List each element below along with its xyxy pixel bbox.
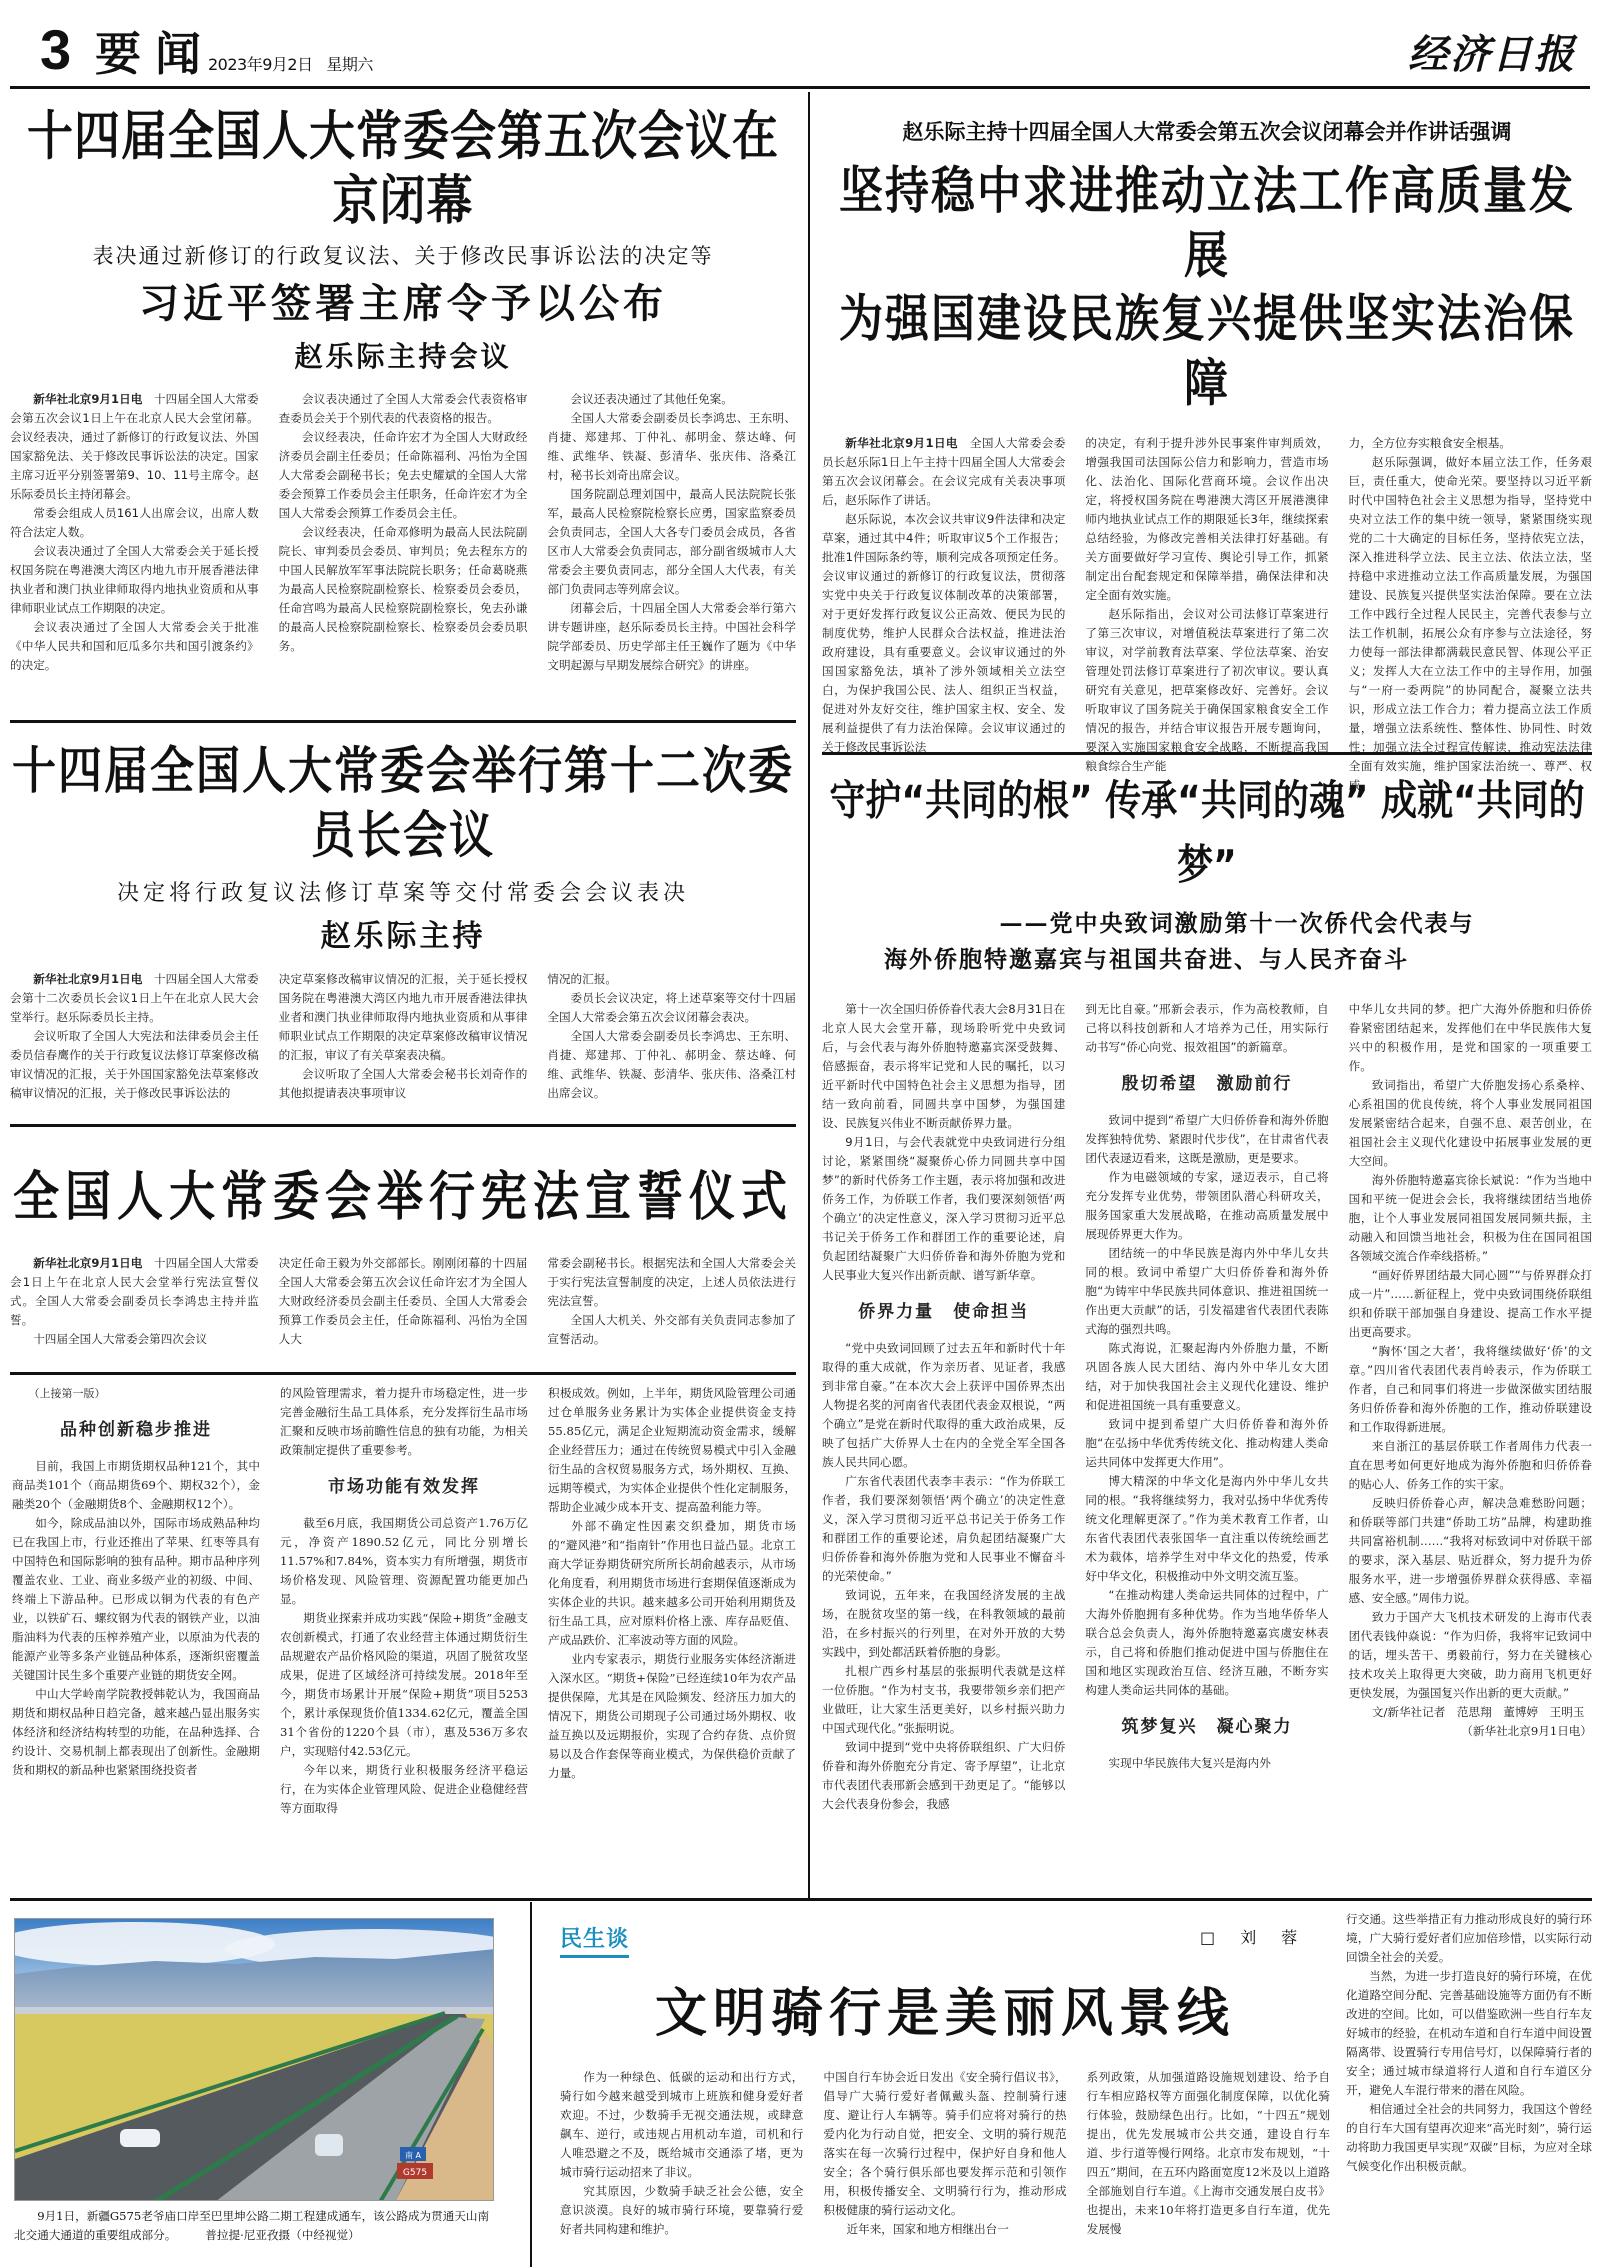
paragraph: 反映归侨侨眷心声，解决急难愁盼问题；和侨联等部门共建“侨助工坊”品牌，构建助推共… bbox=[1349, 1494, 1592, 1608]
page-number: 3 bbox=[40, 20, 71, 80]
column-2: 的决定，有利于提升涉外民事案件审判质效，增强我国司法国际公信力和影响力，营造市场… bbox=[1085, 434, 1328, 814]
deck-line-2: 海外侨胞特邀嘉宾与祖国共奋进、与人民齐奋斗 bbox=[822, 946, 1592, 974]
masthead: 3 要闻 2023年9月2日 星期六 经济日报 bbox=[0, 0, 1600, 80]
column-2: 中国自行车协会近日发出《安全骑行倡议书》，倡导广大骑行爱好者佩戴头盔、控制骑行速… bbox=[823, 2068, 1066, 2263]
section-name: 要闻 bbox=[95, 26, 215, 82]
column-1: 新华社北京9月1日电 十四届全国人大常委会第十二次委员长会议1日上午在北京人民大… bbox=[10, 970, 259, 1170]
paragraph: 近年来，国家和地方相继出台一 bbox=[823, 2220, 1066, 2239]
paragraph: 业内专家表示，期货行业服务实体经济渐进入深水区。“期货+保险”已经连续10年为农… bbox=[548, 1650, 796, 1783]
article-npc-session-closes: 十四届全国人大常委会第五次会议在京闭幕 表决通过新修订的行政复议法、关于修改民事… bbox=[10, 112, 796, 730]
article-body: 第十一次全国归侨侨眷代表大会8月31日在北京人民大会堂开幕，现场聆听党中央致词后… bbox=[822, 1000, 1592, 1950]
paragraph: 外部不确定性因素交织叠加，期货市场的“避风港”和“指南针”作用也日益凸显。北京工… bbox=[548, 1517, 796, 1650]
paragraph: 究其原因，少数骑手缺乏社会公德，安全意识淡漠。良好的城市骑行环境，要靠骑行爱好者… bbox=[560, 2182, 803, 2239]
news-photo-highway: 南 A G575 bbox=[14, 1918, 494, 2201]
paragraph: 作为电磁领域的专家，逯迈表示，自己将充分发挥专业优势，带领团队潜心科研攻关，服务… bbox=[1085, 1168, 1328, 1244]
paragraph: 委员长会议决定，将上述草案等交付十四届全国人大常委会第五次会议闭幕会表决。 bbox=[547, 989, 796, 1027]
column-2: 决定任命王毅为外交部部长。刚刚闭幕的十四届全国人大常委会第五次会议任命许宏才为全… bbox=[279, 1254, 528, 1364]
paragraph: 致词指出，希望广大侨胞发扬心系桑梓、心系祖国的优良传统，将个人事业发展同祖国发展… bbox=[1349, 1076, 1592, 1171]
column-1: 第十一次全国归侨侨眷代表大会8月31日在北京人民大会堂开幕，现场聆听党中央致词后… bbox=[822, 1000, 1065, 1950]
column-3: 会议还表决通过了其他任免案。 全国人大常委会副委员长李鸿忠、王东明、肖捷、郑建邦… bbox=[547, 390, 796, 730]
paragraph: 会议表决通过了全国人大常委会关于批准《中华人民共和国和厄瓜多尔共和国引渡条约》的… bbox=[10, 618, 259, 675]
section-rule bbox=[10, 1372, 796, 1375]
article-futures-continued: （上接第一版） 品种创新稳步推进 目前，我国上市期货期权品种121个，其中商品类… bbox=[12, 1384, 796, 1884]
paragraph: “在推动构建人类命运共同体的过程中，广大海外侨胞拥有多种优势。作为当地华侨华人联… bbox=[1085, 1586, 1328, 1700]
paragraph: 会议表决通过了全国人大常委会代表资格审查委员会关于个别代表的代表资格的报告。 bbox=[279, 390, 528, 428]
paragraph: 会议经表决，任命许宏才为全国人大财政经济委员会副主任委员；任命陈福利、冯怡为全国… bbox=[279, 428, 528, 523]
section-rule bbox=[10, 1898, 1592, 1901]
column-1: 新华社北京9月1日电 全国人大常委会委员长赵乐际1日上午主持十四届全国人大常委会… bbox=[822, 434, 1065, 814]
paragraph: 如今，除成品油以外，国际市场成熟品种均已在我国上市，行业还推出了苹果、红枣等具有… bbox=[12, 1514, 260, 1685]
paragraph: “党中央致词回顾了过去五年和新时代十年取得的重大成就，作为亲历者、见证者，我感到… bbox=[822, 1339, 1065, 1472]
paragraph: 的风险管理需求，着力提升市场稳定性，进一步完善金融衍生品工具体系，充分发挥衍生品… bbox=[280, 1384, 528, 1460]
headline: 十四届全国人大常委会第五次会议在京闭幕 bbox=[10, 104, 796, 233]
paragraph: 常委会副秘书长。根据宪法和全国人大常委会关于实行宪法宣誓制度的决定，上述人员依法… bbox=[547, 1254, 796, 1311]
headline: 全国人大常委会举行宪法宣誓仪式 bbox=[10, 1164, 796, 1228]
dateline: 新华社北京9月1日电 bbox=[33, 1256, 142, 1270]
paragraph: 致力于国产大飞机技术研发的上海市代表团代表钱仲焱说：“作为归侨，我将牢记致词中的… bbox=[1349, 1608, 1592, 1703]
paragraph: 全国人大常委会副委员长李鸿忠、王东明、肖捷、郑建邦、丁仲礼、郝明金、蔡达峰、何维… bbox=[547, 409, 796, 485]
column-tag: 民生谈 bbox=[560, 1922, 629, 1958]
paragraph: 来自浙江的基层侨联工作者周伟力代表一直在思考如何更好地成为海外侨胞和归侨侨眷的贴… bbox=[1349, 1437, 1592, 1494]
paragraph: 目前，我国上市期货期权品种121个，其中商品类101个（商品期货69个、期权32… bbox=[12, 1457, 260, 1514]
paragraph: 期货业探索并成功实践“保险+期货”金融支农创新模式，打通了农业经营主体通过期货衍… bbox=[280, 1609, 528, 1761]
article-body: 新华社北京9月1日电 十四届全国人大常委会第十二次委员长会议1日上午在北京人民大… bbox=[10, 970, 796, 1170]
continued-note: （上接第一版） bbox=[12, 1384, 260, 1403]
paragraph: 系列政策，从加强道路设施规划建设、给予自行车相应路权等方面强化制度保障，以优化骑… bbox=[1087, 2068, 1330, 2239]
deck-line-1: ——党中央致词激励第十一次侨代会代表与 bbox=[822, 910, 1592, 938]
subhead: 侨界力量 使命担当 bbox=[822, 1299, 1065, 1325]
weekday: 星期六 bbox=[326, 55, 373, 74]
column-divider bbox=[808, 92, 810, 1900]
article-body: 作为一种绿色、低碳的运动和出行方式，骑行如今越来越受到城市上班族和健身爱好者欢迎… bbox=[560, 2068, 1330, 2263]
column-3: 中华儿女共同的梦。把广大海外侨胞和归侨侨眷紧密团结起来，发挥他们在中华民族伟大复… bbox=[1349, 1000, 1592, 1950]
paragraph: 国务院副总理刘国中，最高人民法院院长张军，最高人民检察院检察长应勇，国家监察委员… bbox=[547, 485, 796, 599]
paragraph: 致词中提到希望广大归侨侨眷和海外侨胞“在弘扬中华优秀传统文化、推动构建人类命运共… bbox=[1085, 1415, 1328, 1472]
article-chairmans-meeting: 十四届全国人大常委会举行第十二次委员长会议 决定将行政复议法修订草案等交付常委会… bbox=[10, 748, 796, 1170]
column-1: 新华社北京9月1日电 十四届全国人大常委会1日上午在北京人民大会堂举行宪法宣誓仪… bbox=[10, 1254, 259, 1364]
paragraph: 行交通。这些举措正有力推动形成良好的骑行环境，广大骑行爱好者们应加倍珍惜，以实际… bbox=[1346, 1910, 1592, 1967]
paragraph: 中山大学岭南学院教授韩乾认为，我国商品期货和期权品种日趋完备，越来越凸显出服务实… bbox=[12, 1685, 260, 1780]
paragraph: 陈式海说，汇聚起海内外侨胞力量，不断巩固各族人民大团结、海内外中华儿女大团结，对… bbox=[1085, 1339, 1328, 1415]
paragraph: 赵乐际强调，做好本届立法工作，任务艰巨，责任重大，使命光荣。要坚持以习近平新时代… bbox=[1349, 453, 1592, 795]
paragraph: 会议听取了全国人大常委会秘书长刘奇作的其他拟提请表决事项审议 bbox=[279, 1065, 528, 1103]
column-3: 系列政策，从加强道路设施规划建设、给予自行车相应路权等方面强化制度保障，以优化骑… bbox=[1087, 2068, 1330, 2263]
paragraph: 相信通过全社会的共同努力，我国这个曾经的自行车大国有望再次迎来“高光时刻”，骑行… bbox=[1346, 2100, 1592, 2176]
paragraph: 赵乐际说，本次会议共审议9件法律和决定草案，通过其中4件；听取审议5个工作报告；… bbox=[822, 510, 1065, 757]
dateline: 新华社北京9月1日电 bbox=[33, 972, 142, 986]
kicker: 赵乐际主持十四届全国人大常委会第五次会议闭幕会并作讲话强调 bbox=[822, 118, 1592, 146]
column-3: 常委会副秘书长。根据宪法和全国人大常委会关于实行宪法宣誓制度的决定，上述人员依法… bbox=[547, 1254, 796, 1364]
article-body: （上接第一版） 品种创新稳步推进 目前，我国上市期货期权品种121个，其中商品类… bbox=[12, 1384, 796, 1884]
paragraph: 的决定，有利于提升涉外民事案件审判质效，增强我国司法国际公信力和影响力，营造市场… bbox=[1085, 434, 1328, 605]
paragraph: 作为一种绿色、低碳的运动和出行方式，骑行如今越来越受到城市上班族和健身爱好者欢迎… bbox=[560, 2068, 803, 2182]
column-1: 作为一种绿色、低碳的运动和出行方式，骑行如今越来越受到城市上班族和健身爱好者欢迎… bbox=[560, 2068, 803, 2263]
paragraph: 力，全方位夯实粮食安全根基。 bbox=[1349, 434, 1592, 453]
paragraph: 海外侨胞特邀嘉宾徐长斌说：“作为当地中国和平统一促进会会长，我将继续团结当地侨胞… bbox=[1349, 1171, 1592, 1266]
paragraph: 全国人大机关、外交部有关负责同志参加了宣誓活动。 bbox=[547, 1311, 796, 1349]
paragraph: 会议还表决通过了其他任免案。 bbox=[547, 390, 796, 409]
column-3: 力，全方位夯实粮食安全根基。 赵乐际强调，做好本届立法工作，任务艰巨，责任重大，… bbox=[1349, 434, 1592, 814]
paragraph: 决定任命王毅为外交部部长。刚刚闭幕的十四届全国人大常委会第五次会议任命许宏才为全… bbox=[279, 1254, 528, 1349]
paragraph: 实现中华民族伟大复兴是海内外 bbox=[1085, 1754, 1328, 1773]
masthead-rule bbox=[10, 86, 1590, 89]
paragraph: “画好侨界团结最大同心圆”“与侨界群众打成一片”……新征程上，党中央致词围绕侨联… bbox=[1349, 1266, 1592, 1342]
headline: 守护“共同的根” 传承“共同的魂” 成就“共同的梦” bbox=[822, 770, 1592, 899]
paragraph: 广东省代表团代表李丰表示：“作为侨联工作者，我们要深刻领悟‘两个确立’的决定性意… bbox=[822, 1472, 1065, 1586]
column-3: 情况的汇报。 委员长会议决定，将上述草案等交付十四届全国人大常委会第五次会议闭幕… bbox=[547, 970, 796, 1170]
subdeck: 赵乐际主持会议 bbox=[10, 338, 796, 376]
photo-caption: 9月1日，新疆G575老爷庙口岸至巴里坤公路二期工程建成通车，该公路成为贯通天山… bbox=[14, 2207, 494, 2245]
paragraph: 当然，为进一步打造良好的骑行环境，在优化道路空间分配、完善基础设施等方面仍有不断… bbox=[1346, 1967, 1592, 2100]
road-sign-route: G575 bbox=[403, 2168, 427, 2178]
paragraph: 中国自行车协会近日发出《安全骑行倡议书》，倡导广大骑行爱好者佩戴头盔、控制骑行速… bbox=[823, 2068, 1066, 2220]
newspaper-logo: 经济日报 bbox=[1408, 30, 1576, 80]
article-oath-ceremony: 全国人大常委会举行宪法宣誓仪式 新华社北京9月1日电 十四届全国人大常委会1日上… bbox=[10, 1168, 796, 1364]
headline-line-1: 坚持稳中求进推动立法工作高质量发展 bbox=[822, 160, 1592, 289]
section-rule bbox=[10, 1124, 796, 1127]
paragraph: 会议听取了全国人大宪法和法律委员会主任委员信春鹰作的关于行政复议法修订草案修改稿… bbox=[10, 1027, 259, 1103]
section-rule bbox=[822, 752, 1592, 755]
headline: 文明骑行是美丽风景线 bbox=[560, 1990, 1330, 2038]
reporter-credit: 文/新华社记者 范思翔 董博婷 王明玉 bbox=[1349, 1703, 1592, 1722]
paragraph: 十四届全国人大常委会第四次会议 bbox=[10, 1330, 259, 1349]
paragraph: 扎根广西乡村基层的张振明代表就是这样一位侨胞。“作为村支书，我要带领乡亲们把产业… bbox=[822, 1662, 1065, 1738]
subdeck: 赵乐际主持 bbox=[10, 918, 796, 956]
highway-photo-illustration: 南 A G575 bbox=[15, 1919, 494, 2201]
article-body: 新华社北京9月1日电 十四届全国人大常委会1日上午在北京人民大会堂举行宪法宣誓仪… bbox=[10, 1254, 796, 1364]
paragraph: 到无比自豪。”邢新会表示，作为高校教师，自己将以科技创新和人才培养为己任，用实际… bbox=[1085, 1000, 1328, 1057]
article-body: 新华社北京9月1日电 全国人大常委会委员长赵乐际1日上午主持十四届全国人大常委会… bbox=[822, 434, 1592, 814]
paragraph: 9月1日，与会代表就党中央致词进行分组讨论，紧紧围绕“凝聚侨心侨力同圆共享中国梦… bbox=[822, 1133, 1065, 1285]
column-1: 新华社北京9月1日电 十四届全国人大常委会第五次会议1日上午在北京人民大会堂闭幕… bbox=[10, 390, 259, 730]
issue-date: 2023年9月2日 星期六 bbox=[208, 55, 373, 75]
paragraph: 致词说，五年来，在我国经济发展的主战场，在脱贫攻坚的第一线，在科教领域的最前沿，… bbox=[822, 1586, 1065, 1662]
column-2: 的风险管理需求，着力提升市场稳定性，进一步完善金融衍生品工具体系，充分发挥衍生品… bbox=[280, 1384, 528, 1884]
paragraph: 常委会组成人员161人出席会议，出席人数符合法定人数。 bbox=[10, 504, 259, 542]
section-rule bbox=[10, 720, 796, 723]
column-1: （上接第一版） 品种创新稳步推进 目前，我国上市期货期权品种121个，其中商品类… bbox=[12, 1384, 260, 1884]
column-2: 到无比自豪。”邢新会表示，作为高校教师，自己将以科技创新和人才培养为己任，用实际… bbox=[1085, 1000, 1328, 1950]
paragraph: 赵乐际指出，会议对公司法修订草案进行了第三次审议，对增值税法草案进行了第二次审议… bbox=[1085, 605, 1328, 776]
paragraph: 截至6月底，我国期货公司总资产1.76万亿元，净资产1890.52亿元，同比分别… bbox=[280, 1514, 528, 1609]
subhead: 筑梦复兴 凝心聚力 bbox=[1085, 1714, 1328, 1740]
dateline-credit: （新华社北京9月1日电） bbox=[1349, 1722, 1592, 1741]
article-body-continued: 行交通。这些举措正有力推动形成良好的骑行环境，广大骑行爱好者们应加倍珍惜，以实际… bbox=[1346, 1910, 1592, 2260]
column-3: 积极成效。例如，上半年，期货风险管理公司通过仓单服务业务累计为实体企业提供资金支… bbox=[548, 1384, 796, 1884]
paragraph: 博大精深的中华文化是海内外中华儿女共同的根。“我将继续努力，我对弘扬中华优秀传统… bbox=[1085, 1472, 1328, 1586]
article-body: 新华社北京9月1日电 十四届全国人大常委会第五次会议1日上午在北京人民大会堂闭幕… bbox=[10, 390, 796, 730]
article-overseas-chinese-congress: 守护“共同的根” 传承“共同的魂” 成就“共同的梦” ——党中央致词激励第十一次… bbox=[822, 778, 1592, 1950]
paragraph: 闭幕会后，十四届全国人大常委会举行第六讲专题讲座，赵乐际委员长主持。中国社会科学… bbox=[547, 599, 796, 675]
date: 2023年9月2日 bbox=[208, 55, 313, 74]
subhead: 殷切希望 激励前行 bbox=[1085, 1071, 1328, 1097]
paragraph: “胸怀‘国之大者’，我将继续做好‘侨’的文章。”四川省代表团代表肖岭表示，作为侨… bbox=[1349, 1342, 1592, 1437]
paragraph: 会议经表决，任命邓修明为最高人民法院副院长、审判委员会委员、审判员；免去程东方的… bbox=[279, 523, 528, 656]
dateline: 新华社北京9月1日电 bbox=[33, 392, 142, 406]
subheadline: 习近平签署主席令予以公布 bbox=[10, 280, 796, 328]
dateline: 新华社北京9月1日电 bbox=[845, 436, 958, 450]
column-2: 会议表决通过了全国人大常委会代表资格审查委员会关于个别代表的代表资格的报告。 会… bbox=[279, 390, 528, 730]
byline: □ 刘 蓉 bbox=[1200, 1925, 1307, 1948]
paragraph: 情况的汇报。 bbox=[547, 970, 796, 989]
headline-line-2: 为强国建设民族复兴提供坚实法治保障 bbox=[822, 288, 1592, 417]
subhead: 市场功能有效发挥 bbox=[280, 1474, 528, 1500]
column-divider bbox=[530, 1902, 532, 2267]
paragraph: 十四届全国人大常委会第五次会议1日上午在北京人民大会堂闭幕。会议经表决，通过了新… bbox=[10, 392, 259, 501]
column-2: 决定草案修改稿审议情况的汇报，关于延长授权国务院在粤港澳大湾区内地九市开展香港法… bbox=[279, 970, 528, 1170]
deck: 表决通过新修订的行政复议法、关于修改民事诉讼法的决定等 bbox=[10, 242, 796, 270]
paragraph: 决定草案修改稿审议情况的汇报，关于延长授权国务院在粤港澳大湾区内地九市开展香港法… bbox=[279, 970, 528, 1065]
paragraph: 会议表决通过了全国人大常委会关于延长授权国务院在粤港澳大湾区内地九市开展香港法律… bbox=[10, 542, 259, 618]
paragraph: 积极成效。例如，上半年，期货风险管理公司通过仓单服务业务累计为实体企业提供资金支… bbox=[548, 1384, 796, 1517]
subhead: 品种创新稳步推进 bbox=[12, 1417, 260, 1443]
road-sign-direction: 南 A bbox=[405, 2150, 422, 2160]
paragraph: 致词中提到“党中央将侨联组织、广大归侨侨眷和海外侨胞充分肯定、寄予厚望”，让北京… bbox=[822, 1738, 1065, 1814]
column-4: 行交通。这些举措正有力推动形成良好的骑行环境，广大骑行爱好者们应加倍珍惜，以实际… bbox=[1346, 1910, 1592, 2260]
paragraph: 全国人大常委会副委员长李鸿忠、王东明、肖捷、郑建邦、丁仲礼、郝明金、蔡达峰、何维… bbox=[547, 1027, 796, 1103]
deck: 决定将行政复议法修订草案等交付常委会会议表决 bbox=[10, 880, 796, 908]
paragraph: 今年以来，期货行业积极服务经济平稳运行，在为实体企业管理风险、促进企业稳健经营等… bbox=[280, 1761, 528, 1818]
article-zhao-leji-speech: 赵乐际主持十四届全国人大常委会第五次会议闭幕会并作讲话强调 坚持稳中求进推动立法… bbox=[822, 118, 1592, 814]
headline: 十四届全国人大常委会举行第十二次委员长会议 bbox=[10, 740, 796, 869]
paragraph: 致词中提到“希望广大归侨侨眷和海外侨胞发挥独特优势、紧跟时代步伐”，在甘肃省代表… bbox=[1085, 1111, 1328, 1168]
paragraph: 团结统一的中华民族是海内外中华儿女共同的根。致词中希望广大归侨侨眷和海外侨胞“为… bbox=[1085, 1244, 1328, 1339]
paragraph: 中华儿女共同的梦。把广大海外侨胞和归侨侨眷紧密团结起来，发挥他们在中华民族伟大复… bbox=[1349, 1000, 1592, 1076]
paragraph: 第十一次全国归侨侨眷代表大会8月31日在北京人民大会堂开幕，现场聆听党中央致词后… bbox=[822, 1000, 1065, 1133]
